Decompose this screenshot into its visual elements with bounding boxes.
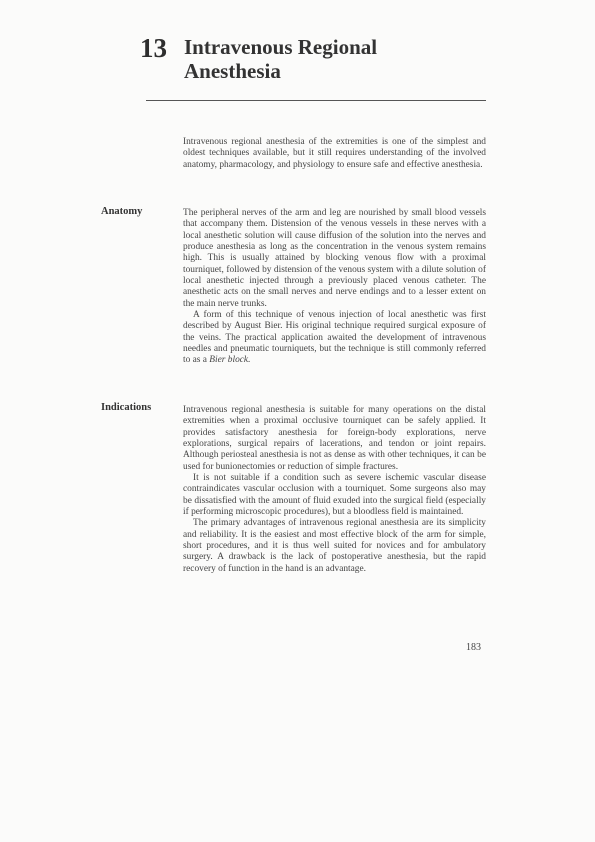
section-heading-indications: Indications — [101, 402, 151, 413]
anatomy-paragraph-1: The peripheral nerves of the arm and leg… — [183, 208, 486, 310]
chapter-title-line1: Intravenous Regional — [184, 35, 377, 59]
chapter-number: 13 — [140, 33, 167, 64]
section-body-indications: Intravenous regional anesthesia is suita… — [183, 405, 486, 575]
section-heading-anatomy: Anatomy — [101, 206, 142, 217]
intro-paragraph: Intravenous regional anesthesia of the e… — [183, 137, 486, 171]
title-divider — [146, 100, 486, 101]
indications-paragraph-2: It is not suitable if a condition such a… — [183, 473, 486, 518]
chapter-title: Intravenous Regional Anesthesia — [184, 35, 377, 83]
section-body-anatomy: The peripheral nerves of the arm and leg… — [183, 208, 486, 367]
indications-paragraph-3: The primary advantages of intravenous re… — [183, 518, 486, 575]
anatomy-paragraph-2: A form of this technique of venous injec… — [183, 310, 486, 367]
indications-paragraph-1: Intravenous regional anesthesia is suita… — [183, 405, 486, 473]
chapter-title-line2: Anesthesia — [184, 59, 377, 83]
page-number: 183 — [466, 642, 481, 653]
intro-text: Intravenous regional anesthesia of the e… — [183, 137, 486, 171]
bier-block-term: Bier block. — [209, 355, 250, 365]
